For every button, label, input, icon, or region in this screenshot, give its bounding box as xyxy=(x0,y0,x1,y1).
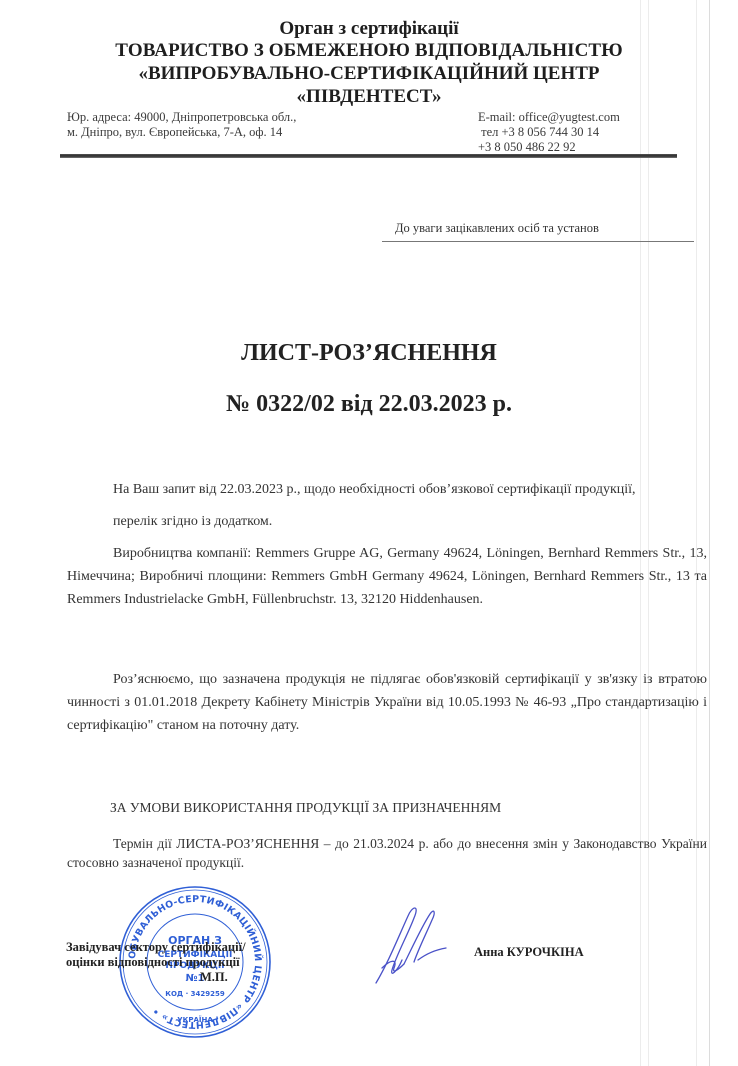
scan-artifact xyxy=(696,0,697,1066)
addressee: До уваги зацікавлених осіб та установ xyxy=(395,221,599,236)
scan-artifact xyxy=(640,0,641,1066)
addressee-underline xyxy=(382,241,694,242)
svg-text:УКРАЇНА: УКРАЇНА xyxy=(177,1015,213,1024)
manufacturer-paragraph: Виробництва компанії: Remmers Gruppe AG,… xyxy=(67,542,707,611)
email: E-mail: office@yugtest.com xyxy=(478,110,620,125)
address-line-1: Юр. адреса: 49000, Дніпропетровська обл.… xyxy=(67,110,296,125)
request-paragraph: На Ваш запит від 22.03.2023 р., щодо нео… xyxy=(113,478,636,501)
contacts: E-mail: office@yugtest.com тел +3 8 056 … xyxy=(478,110,620,155)
org-name-line2: «ВИПРОБУВАЛЬНО-СЕРТИФІКАЦІЙНИЙ ЦЕНТР xyxy=(0,63,738,85)
signer-role: Завідувач сектору сертифікації/ оцінки в… xyxy=(66,940,246,970)
request-paragraph-cont: перелік згідно із додатком. xyxy=(113,510,272,533)
org-name-line1: ТОВАРИСТВО З ОБМЕЖЕНОЮ ВІДПОВІДАЛЬНІСТЮ xyxy=(0,40,738,62)
header-divider xyxy=(60,154,677,158)
legal-address: Юр. адреса: 49000, Дніпропетровська обл.… xyxy=(67,110,296,140)
handwritten-signature-icon xyxy=(368,898,458,988)
usage-condition: ЗА УМОВИ ВИКОРИСТАННЯ ПРОДУКЦІЇ ЗА ПРИЗН… xyxy=(110,800,501,816)
phone-2: +3 8 050 486 22 92 xyxy=(478,140,620,155)
address-line-2: м. Дніпро, вул. Європейська, 7-А, оф. 14 xyxy=(67,125,296,140)
svg-text:КОД · 3429259: КОД · 3429259 xyxy=(165,990,225,998)
seal-mark: М.П. xyxy=(200,970,228,985)
document-title: ЛИСТ-РОЗ’ЯСНЕННЯ xyxy=(0,340,738,367)
scan-artifact xyxy=(648,0,649,1066)
signer-name: Анна КУРОЧКІНА xyxy=(474,945,584,960)
explanation-paragraph: Роз’яснюємо, що зазначена продукція не п… xyxy=(67,668,707,737)
signer-role-line1: Завідувач сектору сертифікації/ xyxy=(66,940,246,955)
phone-1: тел +3 8 056 744 30 14 xyxy=(478,125,620,140)
org-name-line3: «ПІВДЕНТЕСТ» xyxy=(0,86,738,108)
signer-role-line2: оцінки відповідності продукції xyxy=(66,955,246,970)
validity-paragraph: Термін дії ЛИСТА-РОЗ’ЯСНЕННЯ – до 21.03.… xyxy=(67,834,707,872)
document-number: № 0322/02 від 22.03.2023 р. xyxy=(0,391,738,418)
scan-artifact xyxy=(709,0,710,1066)
org-type: Орган з сертифікації xyxy=(0,18,738,40)
